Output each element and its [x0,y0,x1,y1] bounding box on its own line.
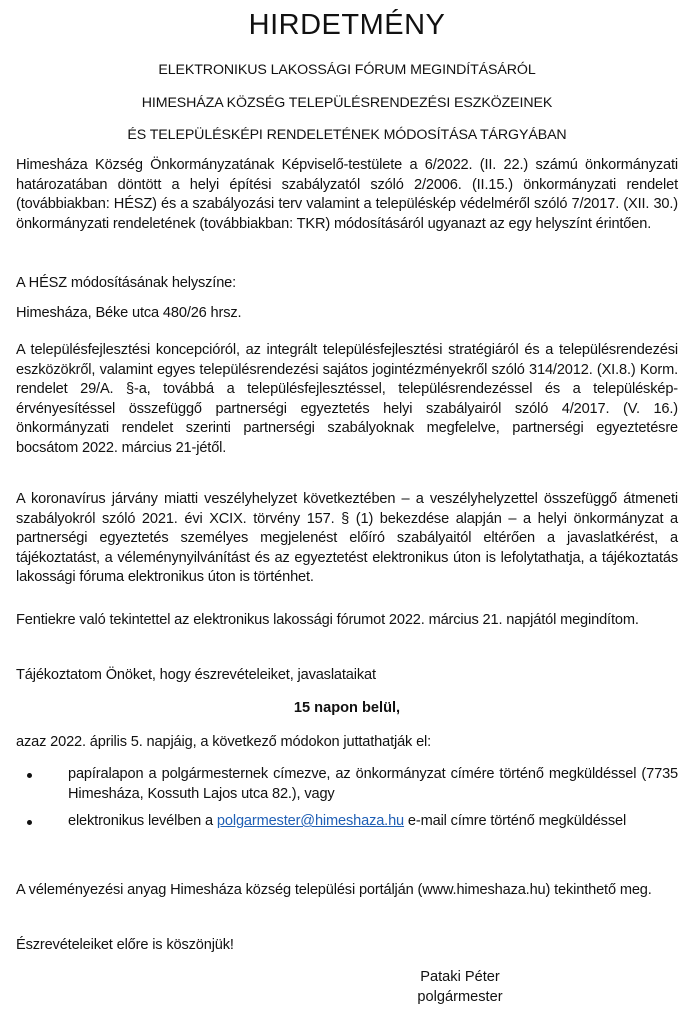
paragraph-thanks: Észrevételeiket előre is köszönjük! [16,936,678,956]
paragraph-deadline-date: azaz 2022. április 5. napjáig, a követke… [16,733,678,753]
document-title: HIRDETMÉNY [0,8,694,42]
paragraph-covid-rules: A koronavírus járvány miatti veszélyhely… [16,490,678,588]
subtitle-line-2: HIMESHÁZA KÖZSÉG TELEPÜLÉSRENDEZÉSI ESZK… [0,94,694,112]
deadline-emphasis: 15 napon belül, [0,699,694,718]
submission-methods-list: papíralapon a polgármesternek címezve, a… [16,765,678,840]
paragraph-portal: A véleményezési anyag Himesháza község t… [16,881,678,901]
bullet-icon [27,820,32,825]
list-item-paper-text: papíralapon a polgármesternek címezve, a… [68,766,678,802]
subtitle-line-3: ÉS TELEPÜLÉSKÉPI RENDELETÉNEK MÓDOSÍTÁSA… [0,126,694,144]
paragraph-location-address: Himesháza, Béke utca 480/26 hrsz. [16,304,678,324]
list-item-email-text-before: elektronikus levélben a [68,813,217,829]
paragraph-legal-basis: A településfejlesztési koncepcióról, az … [16,341,678,458]
list-item-paper: papíralapon a polgármesternek címezve, a… [16,765,678,804]
signature-role: polgármester [380,987,540,1007]
bullet-icon [27,773,32,778]
paragraph-inform: Tájékoztatom Önöket, hogy észrevételeike… [16,666,678,686]
paragraph-decision: Himesháza Község Önkormányzatának Képvis… [16,156,678,234]
email-link[interactable]: polgarmester@himeshaza.hu [217,813,404,829]
list-item-email-text-after: e-mail címre történő megküldéssel [404,813,626,829]
signature-block: Pataki Péter polgármester [380,967,540,1007]
paragraph-location-label: A HÉSZ módosításának helyszíne: [16,274,678,294]
signature-name: Pataki Péter [380,967,540,987]
paragraph-forum-start: Fentiekre való tekintettel az elektronik… [16,611,678,631]
announcement-page: HIRDETMÉNY ELEKTRONIKUS LAKOSSÁGI FÓRUM … [0,0,694,1021]
list-item-email: elektronikus levélben a polgarmester@him… [16,812,678,832]
subtitle-line-1: ELEKTRONIKUS LAKOSSÁGI FÓRUM MEGINDÍTÁSÁ… [0,61,694,79]
